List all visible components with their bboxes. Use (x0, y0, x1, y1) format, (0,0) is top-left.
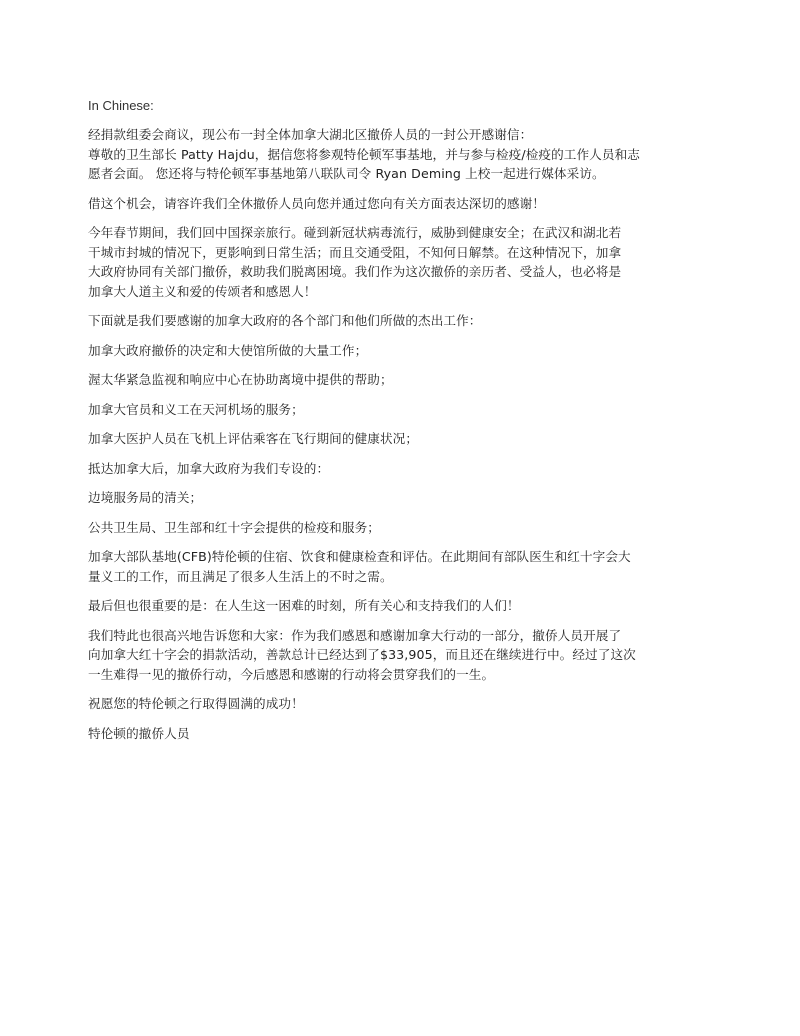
letter-document: In Chinese: 经捐款组委会商议，现公布一封全体加拿大湖北区撤侨人员的一… (88, 96, 702, 753)
text-line: 特伦顿的撤侨人员 (88, 724, 702, 744)
closing-wish-paragraph: 祝愿您的特伦顿之行取得圆满的成功！ (88, 694, 702, 714)
donation-paragraph: 我们特此也很高兴地告诉您和大家：作为我们感恩和感谢加拿大行动的一部分，撤侨人员开… (88, 626, 702, 685)
text-line: 我们特此也很高兴地告诉您和大家：作为我们感恩和感谢加拿大行动的一部分，撤侨人员开… (88, 626, 702, 646)
text-line: 加拿大医护人员在飞机上评估乘客在飞行期间的健康状况； (88, 429, 702, 449)
last-but-not-least-paragraph: 最后但也很重要的是：在人生这一困难的时刻，所有关心和支持我们的人们！ (88, 596, 702, 616)
text-line: 大政府协同有关部门撤侨，救助我们脱离困境。我们作为这次撤侨的亲历者、受益人，也必… (88, 262, 702, 282)
thanks-item-airport-officials: 加拿大官员和义工在天河机场的服务； (88, 400, 702, 420)
text-line: 量义工的工作，而且满足了很多人生活上的不时之需。 (88, 567, 702, 587)
text-line: 向加拿大红十字会的捐款活动，善款总计已经达到了$33,905，而且还在继续进行中… (88, 645, 702, 665)
signature: 特伦顿的撤侨人员 (88, 724, 702, 744)
text-line: 愿者会面。 您还将与特伦顿军事基地第八联队司令 Ryan Deming 上校一起… (88, 164, 702, 184)
text-line: 渥太华紧急监视和响应中心在协助离境中提供的帮助； (88, 370, 702, 390)
thanks-item-border-services: 边境服务局的清关； (88, 488, 702, 508)
text-line: 干城市封城的情况下，更影响到日常生活；而且交通受阻，不知何日解禁。在这种情况下，… (88, 243, 702, 263)
text-line: 加拿大部队基地(CFB)特伦顿的住宿、饮食和健康检查和评估。在此期间有部队医生和… (88, 547, 702, 567)
text-line: 今年春节期间，我们回中国探亲旅行。碰到新冠状病毒流行，威胁到健康安全；在武汉和湖… (88, 223, 702, 243)
thanks-item-cfb-trenton: 加拿大部队基地(CFB)特伦顿的住宿、饮食和健康检查和评估。在此期间有部队医生和… (88, 547, 702, 586)
text-line: 加拿大政府撤侨的决定和大使馆所做的大量工作； (88, 341, 702, 361)
text-line: 下面就是我们要感谢的加拿大政府的各个部门和他们所做的杰出工作： (88, 311, 702, 331)
thanks-item-ottawa-center: 渥太华紧急监视和响应中心在协助离境中提供的帮助； (88, 370, 702, 390)
text-line: 抵达加拿大后，加拿大政府为我们专设的： (88, 459, 702, 479)
background-paragraph: 今年春节期间，我们回中国探亲旅行。碰到新冠状病毒流行，威胁到健康安全；在武汉和湖… (88, 223, 702, 301)
gratitude-opening-paragraph: 借这个机会，请容许我们全休撤侨人员向您并通过您向有关方面表达深切的感谢！ (88, 194, 702, 214)
thanks-item-medical-staff: 加拿大医护人员在飞机上评估乘客在飞行期间的健康状况； (88, 429, 702, 449)
text-line: 加拿大人道主义和爱的传颂者和感恩人！ (88, 282, 702, 302)
text-line: 尊敬的卫生部长 Patty Hajdu，据信您将参观特伦顿军事基地，并与参与检疫… (88, 145, 702, 165)
text-line: 边境服务局的清关； (88, 488, 702, 508)
thanks-item-public-health: 公共卫生局、卫生部和红十字会提供的检疫和服务； (88, 518, 702, 538)
text-line: 一生难得一见的撤侨行动，今后感恩和感谢的行动将会贯穿我们的一生。 (88, 665, 702, 685)
intro-paragraph: 经捐款组委会商议，现公布一封全体加拿大湖北区撤侨人员的一封公开感谢信： 尊敬的卫… (88, 125, 702, 184)
text-line: 公共卫生局、卫生部和红十字会提供的检疫和服务； (88, 518, 702, 538)
language-heading: In Chinese: (88, 96, 702, 115)
departments-intro-paragraph: 下面就是我们要感谢的加拿大政府的各个部门和他们所做的杰出工作： (88, 311, 702, 331)
thanks-item-government: 加拿大政府撤侨的决定和大使馆所做的大量工作； (88, 341, 702, 361)
text-line: 祝愿您的特伦顿之行取得圆满的成功！ (88, 694, 702, 714)
text-line: 加拿大官员和义工在天河机场的服务； (88, 400, 702, 420)
text-line: 最后但也很重要的是：在人生这一困难的时刻，所有关心和支持我们的人们！ (88, 596, 702, 616)
text-line: 经捐款组委会商议，现公布一封全体加拿大湖北区撤侨人员的一封公开感谢信： (88, 125, 702, 145)
text-line: 借这个机会，请容许我们全休撤侨人员向您并通过您向有关方面表达深切的感谢！ (88, 194, 702, 214)
arrival-intro-paragraph: 抵达加拿大后，加拿大政府为我们专设的： (88, 459, 702, 479)
